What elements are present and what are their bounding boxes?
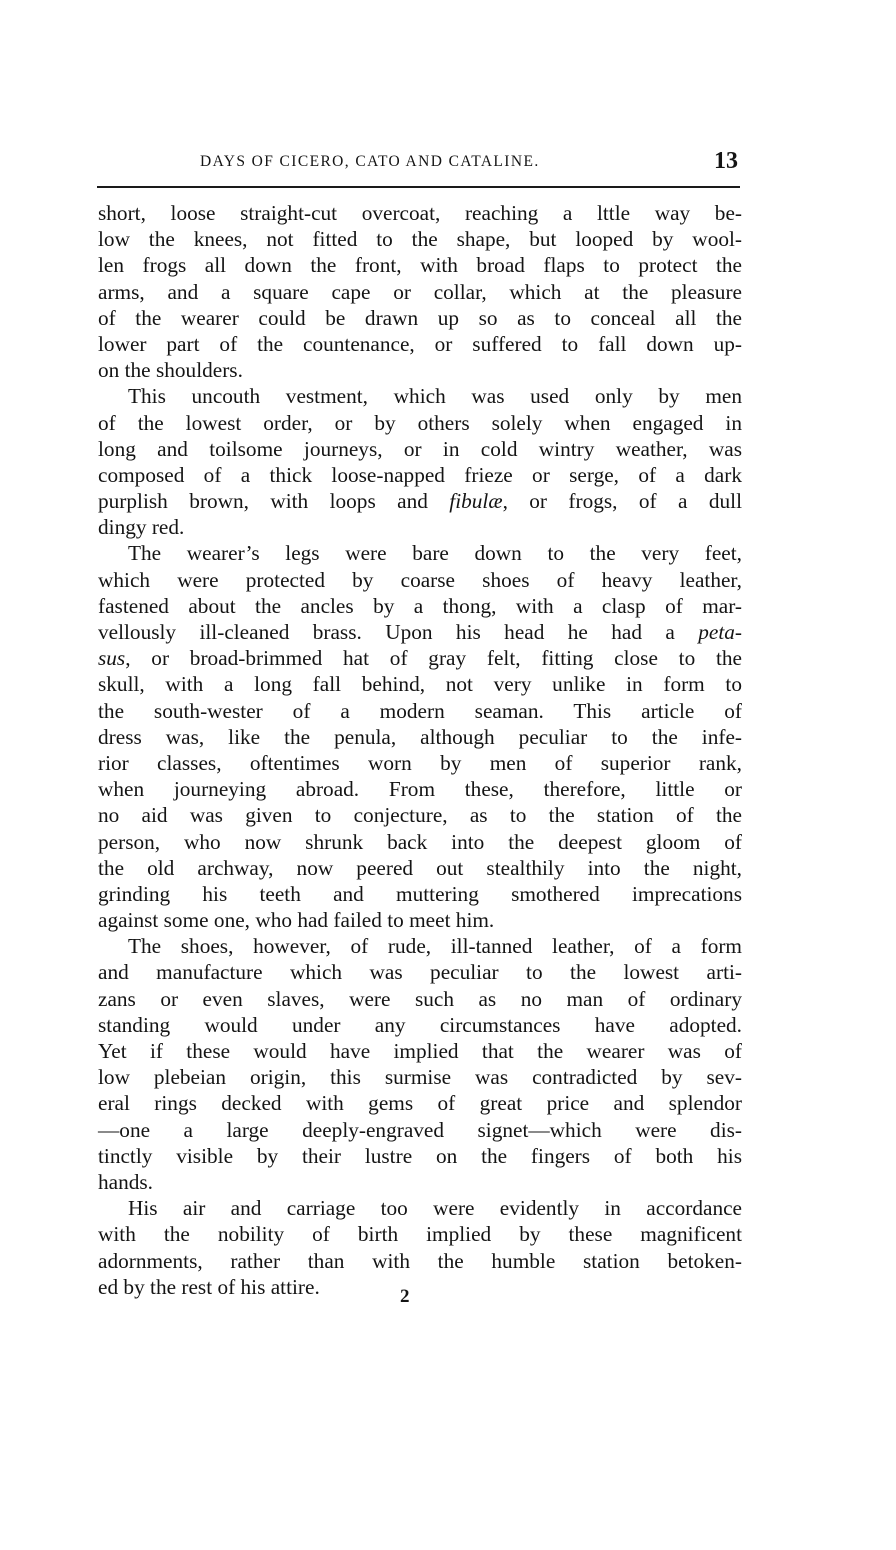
text-line: and manufacture which was peculiar to th…: [98, 959, 742, 985]
paragraph-first-line: The wearer’s legs were bare down to the …: [98, 540, 742, 566]
italic-term-petasus-end: sus: [98, 646, 125, 670]
text-segment: , or broad-brimmed hat of gray felt, fit…: [125, 646, 742, 670]
text-line: low plebeian origin, this surmise was co…: [98, 1064, 742, 1090]
text-segment: vellously ill-cleaned brass. Upon his he…: [98, 620, 675, 644]
body-text: short, loose straight-cut overcoat, reac…: [98, 200, 742, 1300]
text-line: len frogs all down the front, with broad…: [98, 252, 742, 278]
text-line: adornments, rather than with the humble …: [98, 1248, 742, 1274]
text-line-with-italic: sus, or broad-brimmed hat of gray felt, …: [98, 645, 742, 671]
text-line: hands.: [98, 1169, 742, 1195]
text-line: eral rings decked with gems of great pri…: [98, 1090, 742, 1116]
signature-mark: 2: [400, 1286, 410, 1308]
text-line: —one a large deeply-engraved signet—whic…: [98, 1117, 742, 1143]
text-line: short, loose straight-cut overcoat, reac…: [98, 200, 742, 226]
text-line: grinding his teeth and muttering smother…: [98, 881, 742, 907]
text-line: the old archway, now peered out stealthi…: [98, 855, 742, 881]
paragraph-first-line: His air and carriage too were evidently …: [98, 1195, 742, 1221]
text-line: of the wearer could be drawn up so as to…: [98, 305, 742, 331]
text-line: composed of a thick loose-napped frieze …: [98, 462, 742, 488]
text-line: rior classes, oftentimes worn by men of …: [98, 750, 742, 776]
text-line: no aid was given to conjecture, as to th…: [98, 802, 742, 828]
text-line: with the nobility of birth implied by th…: [98, 1221, 742, 1247]
text-line: standing would under any circumstances h…: [98, 1012, 742, 1038]
header-rule: [97, 186, 740, 188]
text-line: zans or even slaves, were such as no man…: [98, 986, 742, 1012]
paragraph-first-line: This uncouth vestment, which was used on…: [98, 383, 742, 409]
italic-term-petasus-start: peta-: [698, 620, 742, 644]
text-line: Yet if these would have implied that the…: [98, 1038, 742, 1064]
text-line: dress was, like the penula, although pec…: [98, 724, 742, 750]
text-line: fastened about the ancles by a thong, wi…: [98, 593, 742, 619]
text-line: of the lowest order, or by others solely…: [98, 410, 742, 436]
text-line: the south-wester of a modern seaman. Thi…: [98, 698, 742, 724]
text-line: arms, and a square cape or collar, which…: [98, 279, 742, 305]
text-line: ed by the rest of his attire.: [98, 1274, 742, 1300]
text-line: long and toilsome journeys, or in cold w…: [98, 436, 742, 462]
text-line: dingy red.: [98, 514, 742, 540]
paragraph-first-line: The shoes, however, of rude, ill-tanned …: [98, 933, 742, 959]
text-line: which were protected by coarse shoes of …: [98, 567, 742, 593]
book-page: DAYS OF CICERO, CATO AND CATALINE. 13 sh…: [0, 0, 896, 1550]
text-segment: purplish brown, with loops and: [98, 489, 428, 513]
running-title: DAYS OF CICERO, CATO AND CATALINE.: [200, 153, 540, 171]
italic-term-fibulae: fibulæ: [449, 489, 502, 513]
running-head: DAYS OF CICERO, CATO AND CATALINE. 13: [96, 150, 740, 176]
text-line: lower part of the countenance, or suffer…: [98, 331, 742, 357]
text-line: person, who now shrunk back into the dee…: [98, 829, 742, 855]
text-segment: , or frogs, of a dull: [503, 489, 742, 513]
text-line: tinctly visible by their lustre on the f…: [98, 1143, 742, 1169]
text-line: when journeying abroad. From these, ther…: [98, 776, 742, 802]
text-line: on the shoulders.: [98, 357, 742, 383]
page-number: 13: [714, 148, 738, 175]
text-line: low the knees, not fitted to the shape, …: [98, 226, 742, 252]
text-line: against some one, who had failed to meet…: [98, 907, 742, 933]
text-line-with-italic: purplish brown, with loops and fibulæ, o…: [98, 488, 742, 514]
text-line: skull, with a long fall behind, not very…: [98, 671, 742, 697]
text-line-with-italic: vellously ill-cleaned brass. Upon his he…: [98, 619, 742, 645]
